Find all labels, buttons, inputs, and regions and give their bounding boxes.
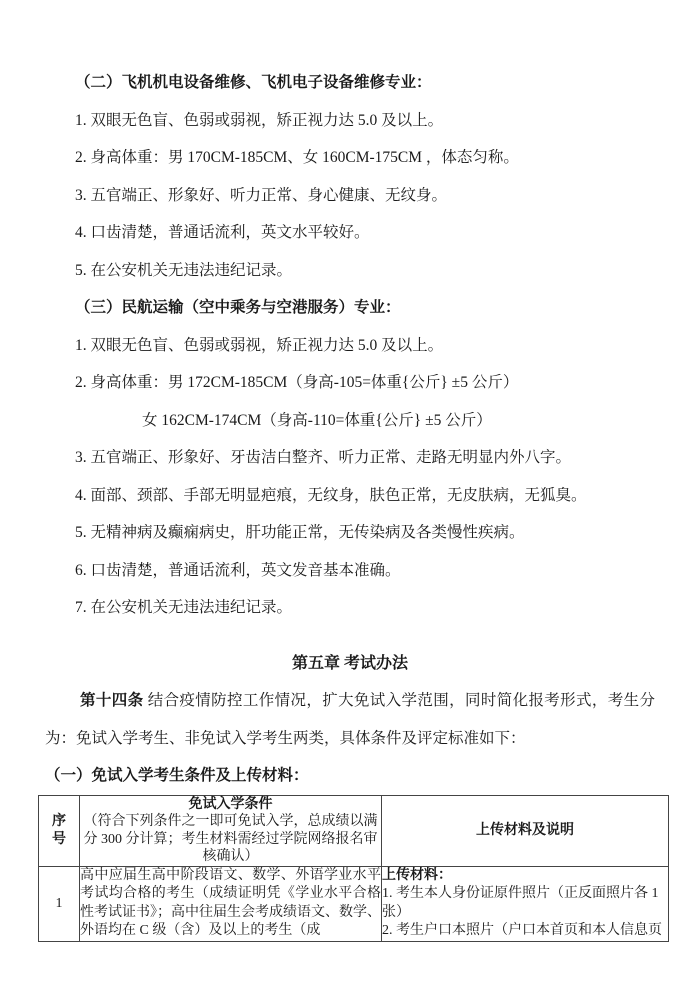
exemption-table: 序号 免试入学条件 （符合下列条件之一即可免试入学，总成绩以满分 300 分计算… [38,795,669,942]
header-cell-materials: 上传材料及说明 [382,795,669,866]
sub1-heading: （一）免试入学考生条件及上传材料： [45,757,655,795]
article14-paragraph: 第十四条 结合疫情防控工作情况，扩大免试入学范围，同时简化报考形式，考生分为：免… [45,682,655,757]
header-cell-no: 序号 [39,795,80,866]
section3-heading: （三）民航运输（空中乘务与空港服务）专业： [45,289,655,327]
section3-item-2-female: 女 162CM-174CM（身高-110=体重{公斤} ±5 公斤） [45,402,655,440]
header-conditions-title: 免试入学条件 [80,796,381,814]
header-no-label: 序号 [50,813,68,849]
row1-material-1: 1. 考生本人身份证原件照片（正反面照片各 1 张） [382,885,668,922]
section2-item-2: 2. 身高体重：男 170CM-185CM、女 160CM-175CM ，体态匀… [45,139,655,177]
section2-item-4: 4. 口齿清楚，普通话流利，英文水平较好。 [45,214,655,252]
row1-materials-title: 上传材料： [382,867,668,886]
section2-item-1: 1. 双眼无色盲、色弱或弱视，矫正视力达 5.0 及以上。 [45,102,655,140]
section2-item-3: 3. 五官端正、形象好、听力正常、身心健康、无纹身。 [45,177,655,215]
header-cell-conditions: 免试入学条件 （符合下列条件之一即可免试入学，总成绩以满分 300 分计算；考生… [80,795,382,866]
section3-item-3: 3. 五官端正、形象好、牙齿洁白整齐、听力正常、走路无明显内外八字。 [45,439,655,477]
header-conditions-note: （符合下列条件之一即可免试入学，总成绩以满分 300 分计算；考生材料需经过学院… [80,813,381,866]
section2-item-5: 5. 在公安机关无违法违纪记录。 [45,252,655,290]
section3-item-6: 6. 口齿清楚，普通话流利，英文发音基本准确。 [45,552,655,590]
section2-heading: （二）飞机机电设备维修、飞机电子设备维修专业： [45,64,655,102]
row1-no: 1 [39,866,80,941]
table-header-row: 序号 免试入学条件 （符合下列条件之一即可免试入学，总成绩以满分 300 分计算… [39,795,669,866]
row1-condition: 高中应届生高中阶段语文、数学、外语学业水平考试均合格的考生（成绩证明凭《学业水平… [80,866,382,941]
document-page: （二）飞机机电设备维修、飞机电子设备维修专业： 1. 双眼无色盲、色弱或弱视，矫… [0,0,700,989]
row1-material-2: 2. 考生户口本照片（户口本首页和本人信息页 [382,922,668,941]
chapter5-title: 第五章 考试办法 [45,645,655,683]
section3-item-7: 7. 在公安机关无违法违纪记录。 [45,589,655,627]
table-row: 1 高中应届生高中阶段语文、数学、外语学业水平考试均合格的考生（成绩证明凭《学业… [39,866,669,941]
section3-item-5: 5. 无精神病及癫痫病史，肝功能正常，无传染病及各类慢性疾病。 [45,514,655,552]
section3-item-4: 4. 面部、颈部、手部无明显疤痕，无纹身，肤色正常，无皮肤病，无狐臭。 [45,477,655,515]
article14-label: 第十四条 [80,692,143,709]
row1-materials: 上传材料： 1. 考生本人身份证原件照片（正反面照片各 1 张） 2. 考生户口… [382,866,669,941]
section3-item-2-male: 2. 身高体重：男 172CM-185CM（身高-105=体重{公斤} ±5 公… [45,364,655,402]
section3-item-1: 1. 双眼无色盲、色弱或弱视，矫正视力达 5.0 及以上。 [45,327,655,365]
